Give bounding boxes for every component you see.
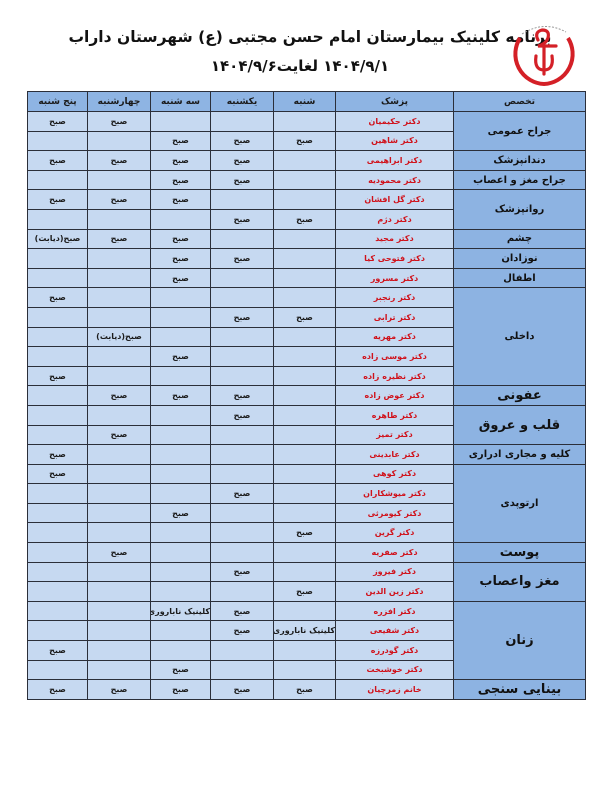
- schedule-slot: صبح: [274, 582, 336, 602]
- schedule-slot: [88, 268, 151, 288]
- schedule-slot: صبح: [151, 660, 211, 680]
- schedule-slot: صبح: [28, 641, 88, 661]
- schedule-slot: صبح: [151, 347, 211, 367]
- col-tuesday: سه شنبه: [151, 92, 211, 112]
- schedule-slot: صبح: [88, 229, 151, 249]
- schedule-slot: صبح: [211, 562, 274, 582]
- schedule-slot: صبح: [211, 209, 274, 229]
- schedule-slot: [28, 307, 88, 327]
- schedule-slot: صبح: [211, 601, 274, 621]
- schedule-slot: [151, 543, 211, 563]
- doctor-name: دکتر صفریه: [336, 543, 454, 563]
- doctor-name: دکتر شاهین: [336, 131, 454, 151]
- doctor-name: دکتر تمیز: [336, 425, 454, 445]
- doctor-name: دکتر خوشبخت: [336, 660, 454, 680]
- schedule-slot: [88, 288, 151, 308]
- schedule-slot: [28, 543, 88, 563]
- schedule-slot: [151, 366, 211, 386]
- schedule-slot: [151, 288, 211, 308]
- schedule-slot: [28, 131, 88, 151]
- schedule-slot: صبح: [88, 151, 151, 171]
- schedule-slot: صبح: [88, 543, 151, 563]
- schedule-slot: صبح: [88, 190, 151, 210]
- table-row: مغز واعصابدکتر فیروزصبح: [28, 562, 586, 582]
- schedule-slot: صبح: [211, 151, 274, 171]
- table-row: اطفالدکتر مسرورصبح: [28, 268, 586, 288]
- schedule-slot: [211, 327, 274, 347]
- schedule-slot: [88, 366, 151, 386]
- doctor-name: دکتر فتوحی کیا: [336, 249, 454, 269]
- schedule-slot: صبح: [211, 307, 274, 327]
- specialty-cell: کلیه و مجاری ادراری: [454, 445, 586, 465]
- schedule-slot: [211, 425, 274, 445]
- table-row: روانپزشکدکتر گل افشانصبحصبحصبح: [28, 190, 586, 210]
- schedule-slot: صبح: [28, 366, 88, 386]
- schedule-slot: [88, 641, 151, 661]
- schedule-slot: [274, 112, 336, 132]
- schedule-slot: [28, 582, 88, 602]
- doctor-name: دکتر شفیعی: [336, 621, 454, 641]
- doctor-name: دکتر عابدینی: [336, 445, 454, 465]
- schedule-slot: [88, 445, 151, 465]
- schedule-slot: [88, 209, 151, 229]
- schedule-slot: [28, 660, 88, 680]
- schedule-slot: صبح: [28, 151, 88, 171]
- table-row: بینایی سنجیخانم زمرچیانصبحصبحصبحصبحصبح: [28, 680, 586, 700]
- schedule-slot: [28, 405, 88, 425]
- schedule-slot: [88, 464, 151, 484]
- schedule-slot: [151, 327, 211, 347]
- schedule-slot: صبح(دیابت): [88, 327, 151, 347]
- schedule-slot: [274, 562, 336, 582]
- specialty-cell: جراح مغز و اعصاب: [454, 170, 586, 190]
- schedule-slot: [274, 503, 336, 523]
- schedule-slot: [151, 425, 211, 445]
- schedule-slot: صبح: [151, 386, 211, 406]
- schedule-slot: صبح: [211, 621, 274, 641]
- schedule-slot: صبح: [151, 151, 211, 171]
- schedule-slot: [211, 366, 274, 386]
- doctor-name: دکتر مسرور: [336, 268, 454, 288]
- schedule-slot: [28, 209, 88, 229]
- schedule-slot: [211, 190, 274, 210]
- schedule-slot: [274, 151, 336, 171]
- col-specialty: تخصص: [454, 92, 586, 112]
- doctor-name: دکتر مهریه: [336, 327, 454, 347]
- schedule-slot: صبح: [211, 484, 274, 504]
- schedule-slot: [28, 170, 88, 190]
- col-thursday: پنج شنبه: [28, 92, 88, 112]
- schedule-slot: [211, 543, 274, 563]
- schedule-slot: [88, 582, 151, 602]
- schedule-slot: [274, 464, 336, 484]
- schedule-slot: [211, 347, 274, 367]
- schedule-slot: [151, 112, 211, 132]
- schedule-slot: [28, 249, 88, 269]
- schedule-slot: [151, 464, 211, 484]
- schedule-slot: [274, 288, 336, 308]
- schedule-slot: صبح: [28, 190, 88, 210]
- schedule-slot: [274, 484, 336, 504]
- schedule-slot: [88, 484, 151, 504]
- schedule-slot: صبح: [274, 209, 336, 229]
- schedule-slot: [274, 386, 336, 406]
- schedule-slot: [211, 582, 274, 602]
- schedule-slot: [211, 464, 274, 484]
- schedule-slot: صبح: [211, 386, 274, 406]
- table-row: پوستدکتر صفریهصبح: [28, 543, 586, 563]
- schedule-slot: [274, 347, 336, 367]
- schedule-slot: صبح: [274, 131, 336, 151]
- col-doctor: پزشک: [336, 92, 454, 112]
- doctor-name: دکتر کوهی: [336, 464, 454, 484]
- schedule-slot: صبح: [211, 249, 274, 269]
- schedule-slot: [151, 405, 211, 425]
- table-row: زناندکتر افزرهصبحکلینیک ناباروری: [28, 601, 586, 621]
- schedule-slot: [28, 268, 88, 288]
- schedule-slot: صبح: [151, 229, 211, 249]
- schedule-slot: صبح: [28, 288, 88, 308]
- schedule-slot: صبح: [151, 249, 211, 269]
- doctor-name: دکتر گودرزه: [336, 641, 454, 661]
- schedule-slot: صبح: [274, 523, 336, 543]
- schedule-slot: [151, 621, 211, 641]
- schedule-slot: [211, 229, 274, 249]
- schedule-slot: صبح: [151, 170, 211, 190]
- schedule-slot: [211, 112, 274, 132]
- schedule-slot: [88, 170, 151, 190]
- doctor-name: دکتر میوشکاران: [336, 484, 454, 504]
- schedule-slot: [274, 641, 336, 661]
- specialty-cell: جراح عمومی: [454, 112, 586, 151]
- schedule-slot: صبح: [151, 680, 211, 700]
- schedule-slot: [151, 582, 211, 602]
- table-row: قلب و عروقدکتر طاهرهصبح: [28, 405, 586, 425]
- schedule-slot: [211, 268, 274, 288]
- schedule-slot: [28, 386, 88, 406]
- specialty-cell: عفونی: [454, 386, 586, 406]
- schedule-slot: [151, 307, 211, 327]
- schedule-slot: [88, 405, 151, 425]
- doctor-name: دکتر نظیره زاده: [336, 366, 454, 386]
- schedule-slot: [274, 249, 336, 269]
- doctor-name: خانم زمرچیان: [336, 680, 454, 700]
- schedule-slot: [274, 327, 336, 347]
- schedule-slot: [28, 601, 88, 621]
- schedule-slot: [151, 562, 211, 582]
- specialty-cell: اطفال: [454, 268, 586, 288]
- specialty-cell: داخلی: [454, 288, 586, 386]
- schedule-slot: [88, 131, 151, 151]
- schedule-slot: [211, 288, 274, 308]
- schedule-slot: [211, 503, 274, 523]
- schedule-slot: صبح: [211, 170, 274, 190]
- specialty-cell: دندانپزشک: [454, 151, 586, 171]
- hospital-logo-icon: [508, 18, 580, 90]
- table-row: نوزاداندکتر فتوحی کیاصبحصبح: [28, 249, 586, 269]
- schedule-slot: کلینیک ناباروری: [151, 601, 211, 621]
- schedule-slot: [274, 445, 336, 465]
- table-row: عفونیدکتر عوض زادهصبحصبحصبح: [28, 386, 586, 406]
- schedule-slot: [88, 562, 151, 582]
- specialty-cell: پوست: [454, 543, 586, 563]
- doctor-name: دکتر گرین: [336, 523, 454, 543]
- schedule-slot: کلینیک ناباروری: [274, 621, 336, 641]
- doctor-name: دکتر ترابی: [336, 307, 454, 327]
- schedule-slot: [88, 621, 151, 641]
- table-row: جراح مغز و اعصابدکتر محمودیهصبحصبح: [28, 170, 586, 190]
- schedule-slot: صبح: [28, 445, 88, 465]
- schedule-slot: [28, 347, 88, 367]
- schedule-slot: صبح: [28, 112, 88, 132]
- schedule-slot: [274, 425, 336, 445]
- schedule-slot: [28, 425, 88, 445]
- schedule-slot: [28, 562, 88, 582]
- table-row: جراح عمومیدکتر حکیمیانصبحصبح: [28, 112, 586, 132]
- schedule-slot: [211, 641, 274, 661]
- schedule-slot: [28, 503, 88, 523]
- schedule-slot: صبح: [274, 680, 336, 700]
- schedule-slot: [274, 660, 336, 680]
- doctor-name: دکتر فیروز: [336, 562, 454, 582]
- table-row: ارتوپدیدکتر کوهیصبح: [28, 464, 586, 484]
- schedule-slot: صبح: [151, 131, 211, 151]
- schedule-slot: صبح(دیابت): [28, 229, 88, 249]
- specialty-cell: مغز واعصاب: [454, 562, 586, 601]
- schedule-slot: صبح: [88, 425, 151, 445]
- schedule-slot: صبح: [28, 464, 88, 484]
- table-row: دندانپزشکدکتر ابراهیمیصبحصبحصبحصبح: [28, 151, 586, 171]
- schedule-slot: صبح: [211, 131, 274, 151]
- schedule-slot: صبح: [211, 405, 274, 425]
- schedule-slot: [28, 621, 88, 641]
- doctor-name: دکتر مجید: [336, 229, 454, 249]
- col-wednesday: چهارشنبه: [88, 92, 151, 112]
- schedule-slot: [88, 249, 151, 269]
- schedule-slot: صبح: [88, 680, 151, 700]
- specialty-cell: نوزادان: [454, 249, 586, 269]
- doctor-name: دکتر موسی زاده: [336, 347, 454, 367]
- doctor-name: دکتر محمودیه: [336, 170, 454, 190]
- schedule-slot: صبح: [28, 680, 88, 700]
- schedule-slot: [274, 405, 336, 425]
- specialty-cell: چشم: [454, 229, 586, 249]
- specialty-cell: زنان: [454, 601, 586, 679]
- doctor-name: دکتر حکیمیان: [336, 112, 454, 132]
- doctor-name: دکتر طاهره: [336, 405, 454, 425]
- schedule-slot: صبح: [88, 112, 151, 132]
- schedule-slot: [274, 601, 336, 621]
- header-row: تخصص پزشک شنبه یکشنبه سه شنبه چهارشنبه پ…: [28, 92, 586, 112]
- schedule-slot: صبح: [88, 386, 151, 406]
- doctor-name: دکتر زین الدین: [336, 582, 454, 602]
- doctor-name: دکتر دژم: [336, 209, 454, 229]
- schedule-slot: [274, 170, 336, 190]
- schedule-slot: [211, 445, 274, 465]
- schedule-slot: [151, 523, 211, 543]
- schedule-slot: [151, 209, 211, 229]
- schedule-slot: صبح: [151, 503, 211, 523]
- schedule-slot: صبح: [274, 307, 336, 327]
- col-sunday: یکشنبه: [211, 92, 274, 112]
- schedule-slot: [28, 523, 88, 543]
- schedule-slot: [151, 641, 211, 661]
- schedule-slot: صبح: [151, 268, 211, 288]
- doctor-name: دکتر ابراهیمی: [336, 151, 454, 171]
- specialty-cell: قلب و عروق: [454, 405, 586, 444]
- schedule-slot: [88, 503, 151, 523]
- schedule-slot: [88, 347, 151, 367]
- table-row: چشمدکتر مجیدصبحصبحصبح(دیابت): [28, 229, 586, 249]
- specialty-cell: روانپزشک: [454, 190, 586, 229]
- specialty-cell: ارتوپدی: [454, 464, 586, 542]
- schedule-table: تخصص پزشک شنبه یکشنبه سه شنبه چهارشنبه پ…: [27, 91, 586, 700]
- schedule-slot: صبح: [151, 190, 211, 210]
- schedule-slot: [88, 601, 151, 621]
- schedule-slot: [151, 445, 211, 465]
- schedule-slot: صبح: [211, 680, 274, 700]
- schedule-slot: [274, 543, 336, 563]
- schedule-slot: [28, 484, 88, 504]
- schedule-slot: [274, 229, 336, 249]
- schedule-slot: [88, 307, 151, 327]
- schedule-slot: [274, 268, 336, 288]
- schedule-slot: [211, 523, 274, 543]
- schedule-slot: [88, 523, 151, 543]
- schedule-slot: [88, 660, 151, 680]
- specialty-cell: بینایی سنجی: [454, 680, 586, 700]
- doctor-name: دکتر رنجبر: [336, 288, 454, 308]
- doctor-name: دکتر عوض زاده: [336, 386, 454, 406]
- schedule-slot: [274, 366, 336, 386]
- col-saturday: شنبه: [274, 92, 336, 112]
- schedule-slot: [28, 327, 88, 347]
- doctor-name: دکتر کیومرثی: [336, 503, 454, 523]
- schedule-slot: [211, 660, 274, 680]
- schedule-slot: [151, 484, 211, 504]
- schedule-body: جراح عمومیدکتر حکیمیانصبحصبحدکتر شاهینصب…: [28, 112, 586, 700]
- doctor-name: دکتر افزره: [336, 601, 454, 621]
- schedule-slot: [274, 190, 336, 210]
- doctor-name: دکتر گل افشان: [336, 190, 454, 210]
- table-row: داخلیدکتر رنجبرصبح: [28, 288, 586, 308]
- table-row: کلیه و مجاری ادراریدکتر عابدینیصبح: [28, 445, 586, 465]
